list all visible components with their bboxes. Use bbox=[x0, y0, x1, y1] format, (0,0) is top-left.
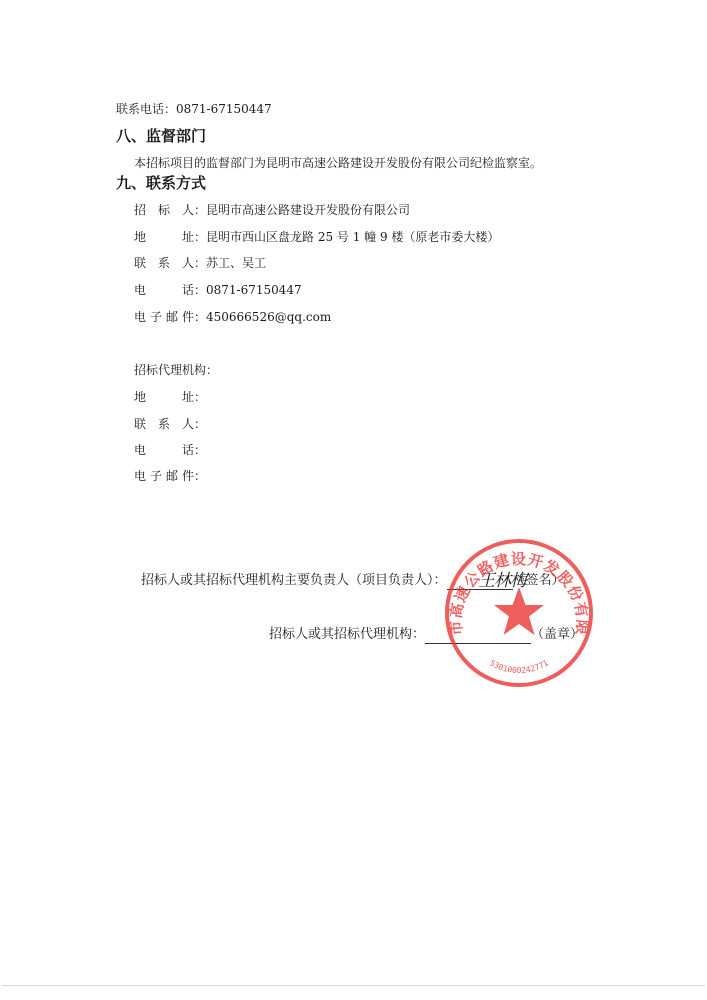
field-label: 联系人 bbox=[134, 416, 194, 432]
field-label: 地址 bbox=[134, 389, 194, 405]
field-value: 0871-67150447 bbox=[206, 282, 302, 298]
section8-heading: 八、监督部门 bbox=[116, 127, 206, 145]
section8-body: 本招标项目的监督部门为昆明市高速公路建设开发股份有限公司纪检监察室。 bbox=[134, 155, 542, 171]
agency-contact-field: 联系人： bbox=[134, 416, 206, 432]
field-label: 电子邮件 bbox=[134, 468, 194, 484]
contact-phone-label: 联系电话： bbox=[116, 102, 176, 116]
agency-phone-field: 电话： bbox=[134, 442, 206, 458]
top-contact-phone: 联系电话：0871-67150447 bbox=[116, 101, 272, 117]
page-bottom-edge bbox=[2, 985, 705, 986]
signature-label: 招标人或其招标代理机构主要负责人（项目负责人）： bbox=[141, 573, 447, 588]
field-label: 电话 bbox=[134, 442, 194, 458]
tenderer-phone-field: 电话：0871-67150447 bbox=[134, 282, 302, 298]
agency-title: 招标代理机构： bbox=[134, 362, 218, 378]
contact-phone-value: 0871-67150447 bbox=[176, 102, 272, 116]
company-seal-icon: 昆明市高速公路建设开发股份有限公司 5301000242771 bbox=[443, 537, 595, 689]
field-label: 电话 bbox=[134, 282, 194, 298]
field-label: 联系人 bbox=[134, 255, 194, 271]
agency-address-field: 地址： bbox=[134, 389, 206, 405]
field-label: 电子邮件 bbox=[134, 309, 194, 325]
tenderer-address-field: 地址：昆明市西山区盘龙路 25 号 1 幢 9 楼（原老市委大楼） bbox=[134, 229, 499, 245]
section9-heading: 九、联系方式 bbox=[116, 174, 206, 192]
field-label: 地址 bbox=[134, 229, 194, 245]
seal-label: 招标人或其招标代理机构： bbox=[269, 627, 425, 642]
field-value: 昆明市高速公路建设开发股份有限公司 bbox=[206, 202, 410, 218]
document-page: 联系电话：0871-67150447 八、监督部门 本招标项目的监督部门为昆明市… bbox=[0, 0, 707, 1000]
tenderer-email-field: 电子邮件：450666526@qq.com bbox=[134, 309, 331, 325]
tenderer-name-field: 招标人：昆明市高速公路建设开发股份有限公司 bbox=[134, 202, 410, 218]
field-value: 苏工、吴工 bbox=[206, 255, 266, 271]
field-value: 450666526@qq.com bbox=[206, 309, 331, 325]
field-label: 招标人 bbox=[134, 202, 194, 218]
field-value: 昆明市西山区盘龙路 25 号 1 幢 9 楼（原老市委大楼） bbox=[206, 229, 499, 245]
agency-email-field: 电子邮件： bbox=[134, 468, 206, 484]
svg-text:5301000242771: 5301000242771 bbox=[488, 658, 550, 675]
tenderer-contact-field: 联系人：苏工、吴工 bbox=[134, 255, 266, 271]
